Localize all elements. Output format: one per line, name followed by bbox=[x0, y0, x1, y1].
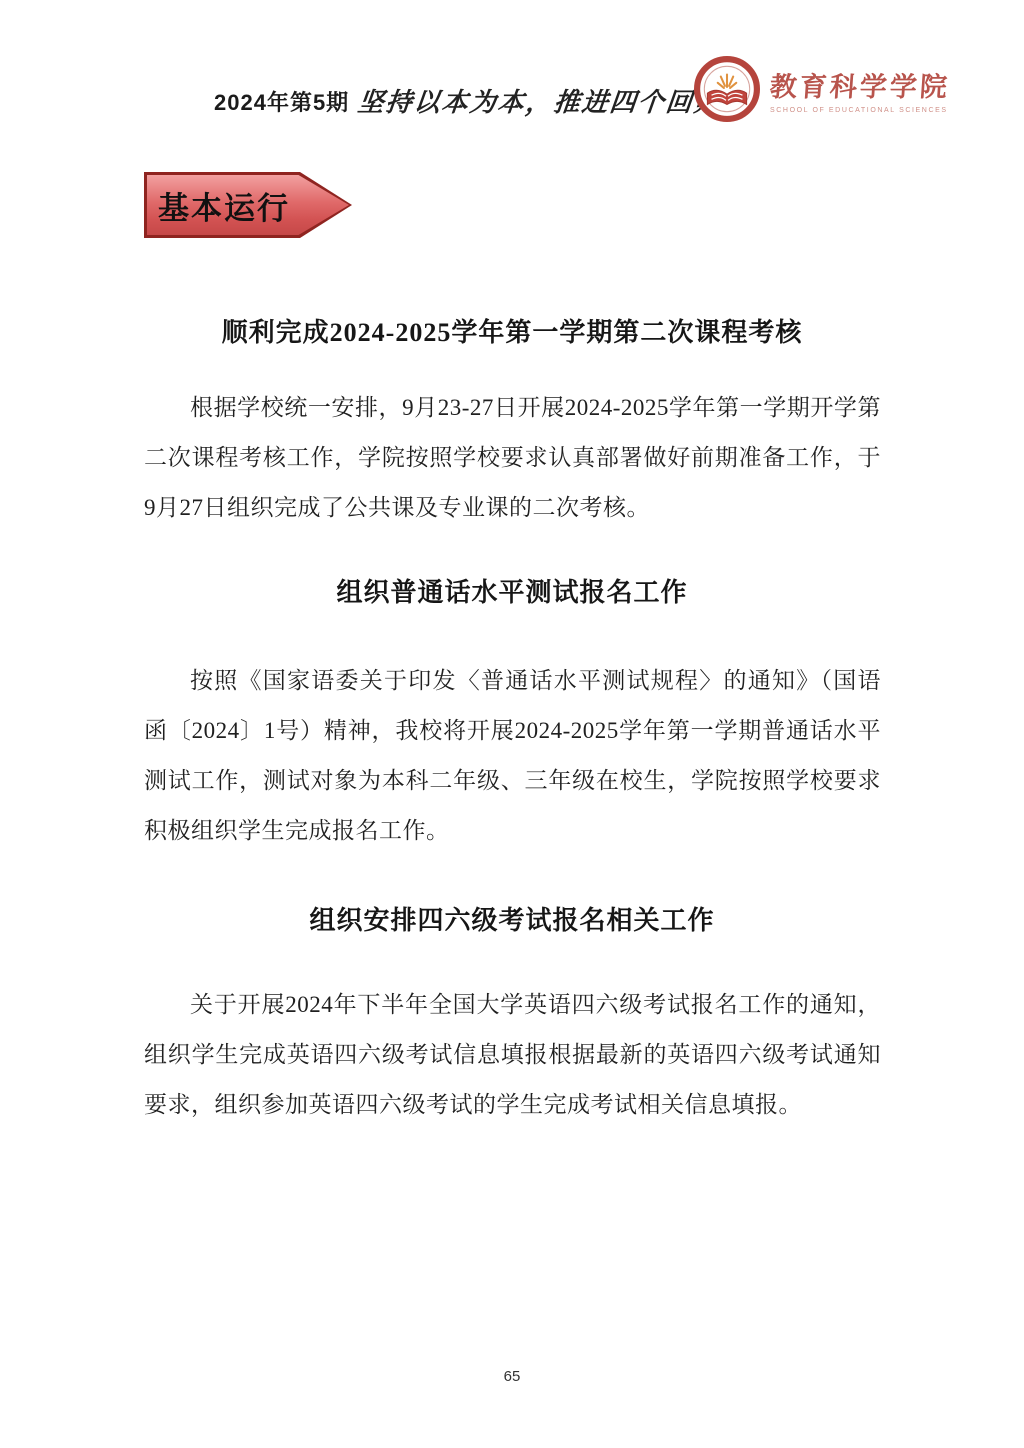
logo-name: 教育科学学院 bbox=[769, 65, 952, 104]
section-banner: 基本运行 bbox=[144, 172, 352, 238]
school-logo: 教育科学学院 SCHOOL OF EDUCATIONAL SCIENCES bbox=[694, 56, 950, 122]
page-number: 65 bbox=[0, 1368, 1024, 1385]
logo-subtitle: SCHOOL OF EDUCATIONAL SCIENCES bbox=[770, 107, 950, 114]
school-emblem-icon bbox=[694, 56, 760, 122]
section-body-putonghua-test: 按照《国家语委关于印发〈普通话水平测试规程〉的通知》（国语函〔2024〕1号）精… bbox=[144, 656, 881, 856]
header-slogan: 坚持以本为本，推进四个回归 bbox=[356, 82, 724, 119]
section-title-putonghua-test: 组织普通话水平测试报名工作 bbox=[144, 572, 880, 609]
logo-text: 教育科学学院 SCHOOL OF EDUCATIONAL SCIENCES bbox=[770, 65, 950, 114]
issue-label: 2024年第5期 bbox=[214, 86, 349, 117]
section-body-cet-registration: 关于开展2024年下半年全国大学英语四六级考试报名工作的通知，组织学生完成英语四… bbox=[144, 980, 881, 1130]
section-title-cet-registration: 组织安排四六级考试报名相关工作 bbox=[144, 900, 880, 937]
section-body-course-assessment: 根据学校统一安排，9月23-27日开展2024-2025学年第一学期开学第二次课… bbox=[144, 383, 881, 533]
newsletter-page: 2024年第5期 坚持以本为本，推进四个回归 教育科学学院 SCHOOL OF … bbox=[0, 0, 1024, 1448]
banner-label: 基本运行 bbox=[158, 172, 290, 238]
section-title-course-assessment: 顺利完成2024-2025学年第一学期第二次课程考核 bbox=[144, 312, 880, 349]
